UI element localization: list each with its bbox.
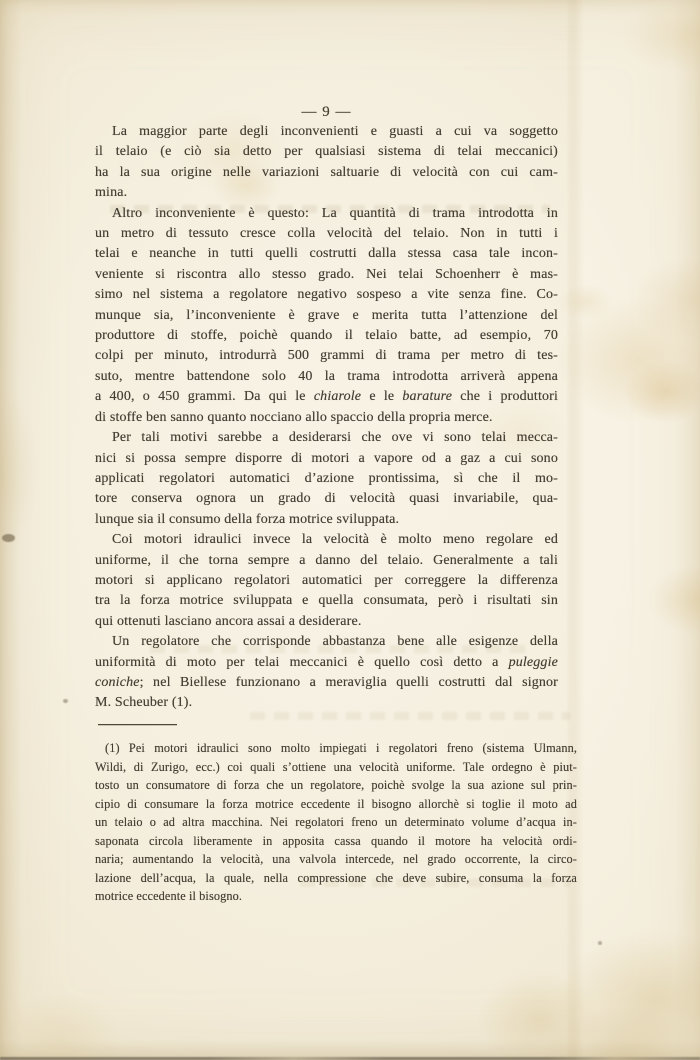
- text-line: cipio di consumare la forza motrice ecce…: [95, 795, 577, 814]
- paragraph: Coi motori idraulici invece la velocità …: [95, 530, 558, 632]
- text-line: naria; aumentando la velocità, una valvo…: [95, 850, 577, 869]
- text-line: a 400, o 450 grammi. Da qui le chiarole …: [95, 387, 558, 407]
- body-text: La maggior parte degli inconvenienti e g…: [95, 122, 558, 714]
- text-line: lunque sia il consumo della forza motric…: [95, 510, 558, 530]
- text-line: il telaio (e ciò sia detto per qualsiasi…: [95, 142, 558, 162]
- text-line: applicati regolatori automatici d’azione…: [95, 469, 558, 489]
- text-line: tore conserva ognora un grado di velocit…: [95, 489, 558, 509]
- text-line: (1) Pei motori idraulici sono molto impi…: [95, 739, 577, 758]
- paragraph: Per tali motivi sarebbe a desiderarsi ch…: [95, 428, 558, 530]
- paragraph: (1) Pei motori idraulici sono molto impi…: [95, 739, 577, 906]
- footnote-separator: [98, 724, 177, 725]
- text-line: Altro inconveniente è questo: La quantit…: [95, 204, 558, 224]
- text-line: tosto un consumatore di forza che un reg…: [95, 776, 577, 795]
- text-line: telai e neanche in tutti quelli costrutt…: [95, 244, 558, 264]
- text-line: La maggior parte degli inconvenienti e g…: [95, 122, 558, 142]
- paragraph: La maggior parte degli inconvenienti e g…: [95, 122, 558, 204]
- scanned-page: — 9 — La maggior parte degli inconvenien…: [0, 0, 700, 1060]
- text-line: motori si applicano regolatori automatic…: [95, 571, 558, 591]
- paragraph: Altro inconveniente è questo: La quantit…: [95, 204, 558, 428]
- text-line: lazione dell’acqua, la quale, nella comp…: [95, 869, 577, 888]
- text-line: tra la forza motrice sviluppata e quella…: [95, 591, 558, 611]
- ink-speck: [598, 941, 602, 945]
- text-line: veniente si riscontra allo stesso grado.…: [95, 265, 558, 285]
- text-line: Coi motori idraulici invece la velocità …: [95, 530, 558, 550]
- page-number: — 9 —: [95, 104, 558, 121]
- text-line: coniche; nel Biellese funzionano a merav…: [95, 673, 558, 693]
- text-line: produttore di stoffe, poichè quando il t…: [95, 326, 558, 346]
- text-line: un telaio o ad altra macchina. Nei regol…: [95, 813, 577, 832]
- text-line: uniformità di moto per telai meccanici è…: [95, 653, 558, 673]
- footnote-text: (1) Pei motori idraulici sono molto impi…: [95, 739, 577, 906]
- ink-speck: [63, 699, 68, 703]
- text-line: mina.: [95, 183, 558, 203]
- text-line: motrice eccedente il bisogno.: [95, 887, 577, 906]
- text-line: di stoffe ben sanno quanto nocciano allo…: [95, 408, 558, 428]
- text-line: colpi per minuto, introdurrà 500 grammi …: [95, 346, 558, 366]
- text-line: saponata circola liberamente in apposita…: [95, 832, 577, 851]
- text-line: Wildi, di Zurigo, ecc.) coi quali s’otti…: [95, 758, 577, 777]
- text-line: Per tali motivi sarebbe a desiderarsi ch…: [95, 428, 558, 448]
- text-line: qui ottenuti lasciano ancora assai a des…: [95, 612, 558, 632]
- text-line: munque sia, l’inconveniente è grave e me…: [95, 306, 558, 326]
- text-line: Un regolatore che corrisponde abbastanza…: [95, 632, 558, 652]
- text-line: ha la sua origine nelle variazioni saltu…: [95, 163, 558, 183]
- text-line: nici si possa sempre disporre di motori …: [95, 449, 558, 469]
- paragraph: Un regolatore che corrisponde abbastanza…: [95, 632, 558, 714]
- text-line: simo nel sistema a regolatore negativo s…: [95, 285, 558, 305]
- text-line: uniforme, il che torna sempre a danno de…: [95, 551, 558, 571]
- text-line: suto, mentre battendone solo 40 la trama…: [95, 367, 558, 387]
- text-line: M. Scheuber (1).: [95, 693, 558, 713]
- text-line: un metro di tessuto cresce colla velocit…: [95, 224, 558, 244]
- ink-speck: [2, 534, 15, 542]
